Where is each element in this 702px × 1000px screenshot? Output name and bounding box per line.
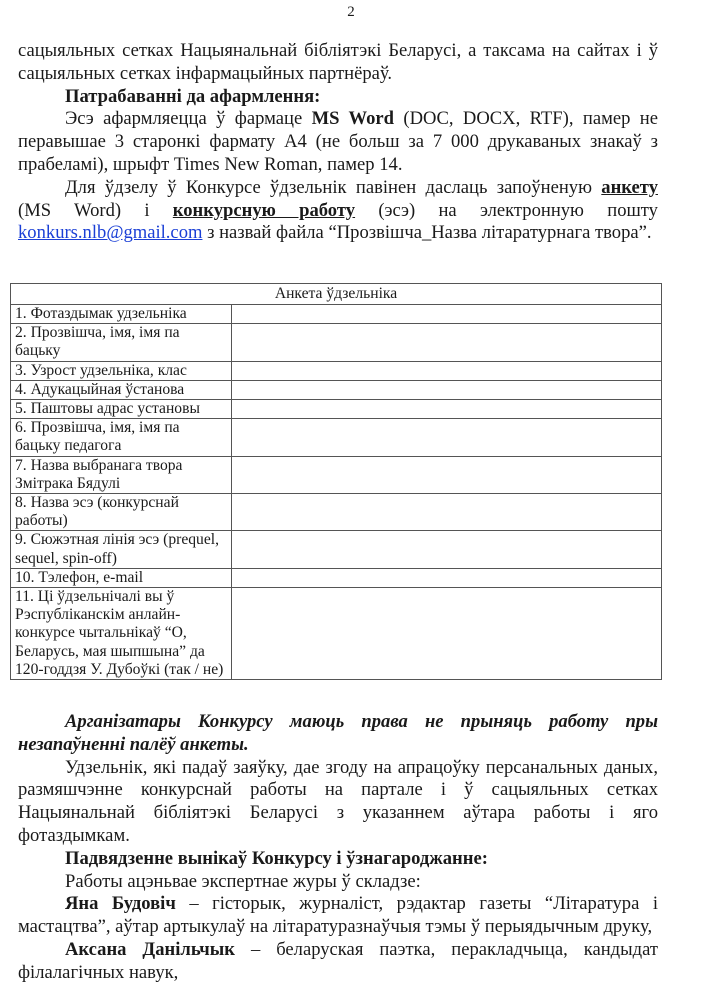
jury-intro: Работы ацэньвае экспертнае журы ў складз… bbox=[18, 871, 658, 894]
form-table-row: 8. Назва эсэ (конкурснай работы) bbox=[11, 494, 662, 531]
form-field-label: 5. Паштовы адрас установы bbox=[11, 400, 232, 419]
form-field-value[interactable] bbox=[232, 380, 662, 399]
format-paragraph: Эсэ афармляецца ў фармаце MS Word (DOC, … bbox=[18, 108, 658, 176]
form-field-label: 6. Прозвішча, імя, імя па бацьку педагог… bbox=[11, 419, 232, 456]
page-number: 2 bbox=[0, 4, 702, 21]
consent-paragraph: Удзельнік, які падаў заяўку, дае згоду н… bbox=[18, 757, 658, 848]
submit-text-pre: Для ўдзелу ў Конкурсе ўдзельнік павінен … bbox=[65, 177, 601, 198]
form-field-value[interactable] bbox=[232, 568, 662, 587]
form-field-label: 2. Прозвішча, імя, імя па бацьку bbox=[11, 324, 232, 361]
form-table-row: 7. Назва выбранага твора Змітрака Бядулі bbox=[11, 456, 662, 493]
intro-section: сацыяльных сетках Нацыянальнай бібліятэк… bbox=[18, 40, 658, 245]
anketa-link-text: анкету bbox=[601, 177, 658, 198]
participant-form-table: Анкета ўдзельніка 1. Фотаздымак удзельні… bbox=[10, 283, 662, 680]
email-link[interactable]: konkurs.nlb@gmail.com bbox=[18, 222, 202, 243]
form-table-row: 9. Сюжэтная лінія эсэ (prequel, sequel, … bbox=[11, 531, 662, 568]
form-field-label: 7. Назва выбранага твора Змітрака Бядулі bbox=[11, 456, 232, 493]
form-field-value[interactable] bbox=[232, 494, 662, 531]
form-table-title: Анкета ўдзельніка bbox=[11, 284, 662, 305]
form-field-label: 1. Фотаздымак удзельніка bbox=[11, 305, 232, 324]
warning-paragraph: Арганізатары Конкурсу маюць права не пры… bbox=[18, 711, 658, 757]
form-field-label: 8. Назва эсэ (конкурснай работы) bbox=[11, 494, 232, 531]
intro-paragraph: сацыяльных сетках Нацыянальнай бібліятэк… bbox=[18, 40, 658, 86]
jury-member: Яна Будовіч – гісторык, журналіст, рэдак… bbox=[18, 893, 658, 939]
after-section: Арганізатары Конкурсу маюць права не пры… bbox=[18, 711, 658, 985]
submit-paragraph: Для ўдзелу ў Конкурсе ўдзельнік павінен … bbox=[18, 177, 658, 245]
form-field-value[interactable] bbox=[232, 400, 662, 419]
form-field-value[interactable] bbox=[232, 456, 662, 493]
form-field-value[interactable] bbox=[232, 361, 662, 380]
submit-text-mid2: (эсэ) на электронную пошту bbox=[355, 200, 658, 221]
form-table-row: 11. Ці ўдзельнічалі вы ў Рэспубліканскім… bbox=[11, 588, 662, 680]
jury-member: Аксана Данільчык – беларуская паэтка, пе… bbox=[18, 939, 658, 985]
results-heading: Падвядзенне вынікаў Конкурсу і ўзнагарод… bbox=[18, 848, 658, 871]
form-table-row: 1. Фотаздымак удзельніка bbox=[11, 305, 662, 324]
format-text-pre: Эсэ афармляецца ў фармаце bbox=[65, 108, 312, 129]
form-field-value[interactable] bbox=[232, 305, 662, 324]
contest-work-text: конкурсную работу bbox=[173, 200, 355, 221]
form-field-value[interactable] bbox=[232, 419, 662, 456]
form-field-value[interactable] bbox=[232, 324, 662, 361]
form-field-label: 9. Сюжэтная лінія эсэ (prequel, sequel, … bbox=[11, 531, 232, 568]
form-field-label: 10. Тэлефон, e-mail bbox=[11, 568, 232, 587]
requirements-heading: Патрабаванні да афармлення: bbox=[18, 86, 658, 109]
form-table-row: 5. Паштовы адрас установы bbox=[11, 400, 662, 419]
jury-member-name: Яна Будовіч bbox=[65, 893, 176, 914]
form-table-row: 10. Тэлефон, e-mail bbox=[11, 568, 662, 587]
form-field-value[interactable] bbox=[232, 588, 662, 680]
form-field-label: 4. Адукацыйная ўстанова bbox=[11, 380, 232, 399]
form-table-row: 2. Прозвішча, імя, імя па бацьку bbox=[11, 324, 662, 361]
submit-text-mid1: (MS Word) і bbox=[18, 200, 173, 221]
form-field-label: 3. Узрост удзельніка, клас bbox=[11, 361, 232, 380]
form-table-row: 6. Прозвішча, імя, імя па бацьку педагог… bbox=[11, 419, 662, 456]
form-field-label: 11. Ці ўдзельнічалі вы ў Рэспубліканскім… bbox=[11, 588, 232, 680]
form-table-row: 3. Узрост удзельніка, клас bbox=[11, 361, 662, 380]
form-field-value[interactable] bbox=[232, 531, 662, 568]
submit-text-post: з назвай файла “Прозвішча_Назва літарату… bbox=[202, 222, 651, 243]
jury-member-name: Аксана Данільчык bbox=[65, 939, 235, 960]
format-bold-text: MS Word bbox=[312, 108, 394, 129]
form-table-row: 4. Адукацыйная ўстанова bbox=[11, 380, 662, 399]
jury-list: Яна Будовіч – гісторык, журналіст, рэдак… bbox=[18, 893, 658, 984]
